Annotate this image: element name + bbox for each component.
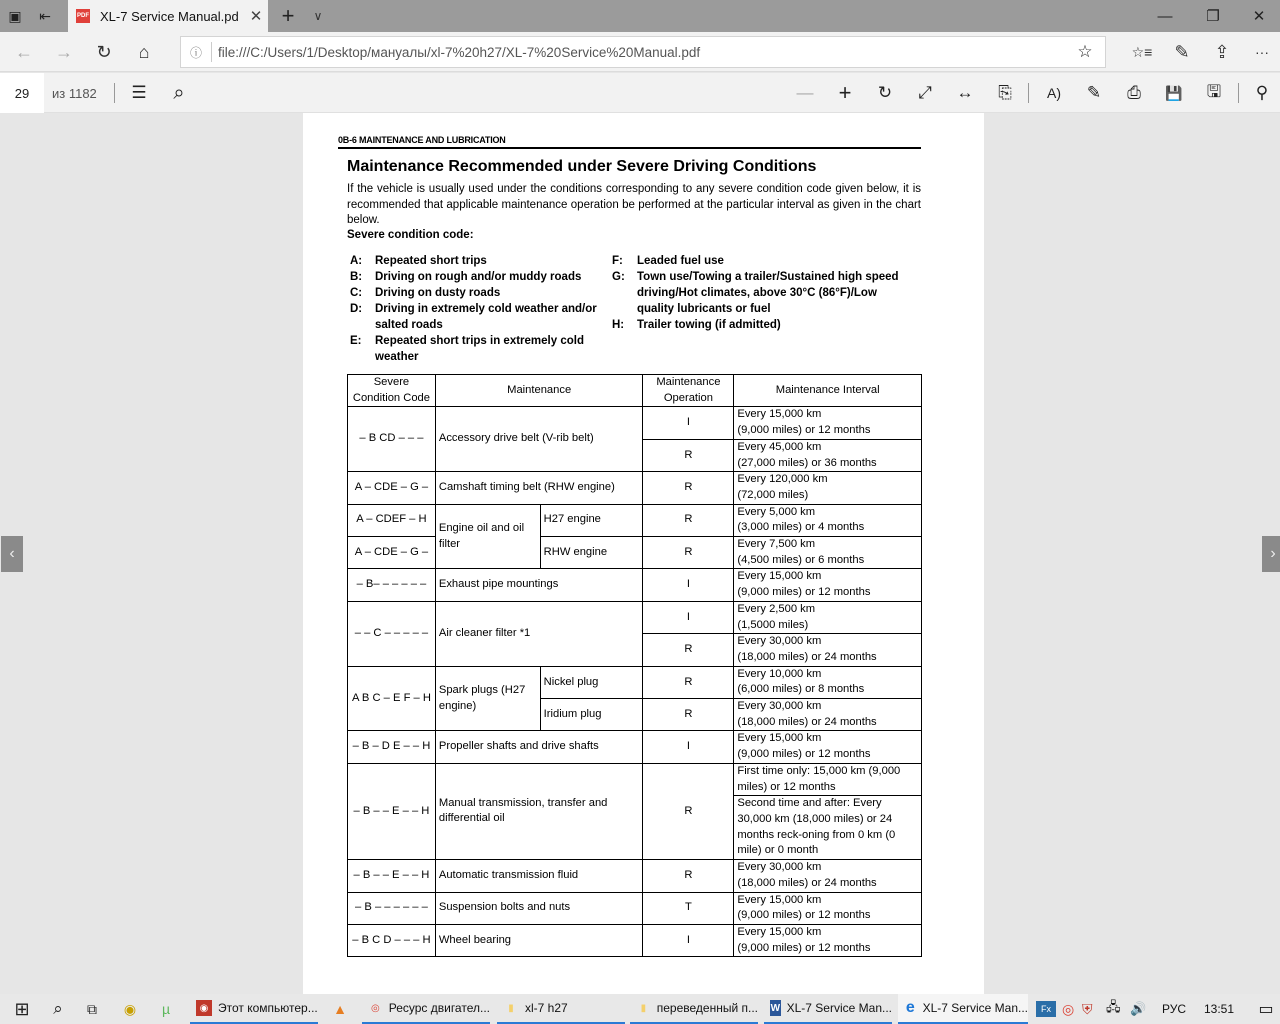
text: Repeated short trips in extremely cold w… — [375, 333, 600, 365]
taskbar-app[interactable]: ◉Этот компьютер... — [190, 994, 318, 1024]
taskbar-app[interactable]: ◎Ресурс двигател... — [362, 994, 490, 1024]
table-cell: Every 15,000 km(9,000 miles) or 12 month… — [734, 892, 922, 924]
navigation-bar: ← → ↻ ⌂ ⓘ file:///C:/Users/1/Desktop/ман… — [0, 32, 1280, 72]
favorites-hub-icon[interactable]: ☆≡ — [1122, 32, 1162, 72]
text: (9,000 miles) or 12 months — [737, 423, 918, 439]
divider — [1238, 83, 1239, 103]
table-cell: Engine oil and oil filter — [435, 504, 540, 569]
table-cell: T — [643, 892, 734, 924]
pdf-page: 0B-6 MAINTENANCE AND LUBRICATION Mainten… — [303, 113, 984, 994]
table-row: – B CD – – – Accessory drive belt (V-rib… — [348, 407, 922, 439]
table-cell: A – CDEF – H — [348, 504, 436, 536]
page-layout-icon[interactable]: ⎘ — [985, 73, 1025, 113]
page-title: Maintenance Recommended under Severe Dri… — [347, 158, 816, 176]
condition-code: B:Driving on rough and/or muddy roads — [350, 269, 600, 285]
text: Driving on dusty roads — [375, 285, 600, 301]
taskbar: ⊞ ⌕ ⧉ ◉ µ ◉Этот компьютер... ▲ ◎Ресурс д… — [0, 994, 1280, 1024]
back-icon[interactable]: ← — [4, 32, 44, 72]
text: Every 2,500 km — [737, 602, 918, 618]
zoom-in-icon[interactable]: + — [825, 73, 865, 113]
home-icon[interactable]: ⌂ — [124, 32, 164, 72]
table-cell: Every 30,000 km(18,000 miles) or 24 mont… — [734, 860, 922, 892]
divider — [114, 83, 115, 103]
table-cell: R — [643, 860, 734, 892]
edge-icon: e — [904, 1000, 917, 1016]
table-cell: Every 30,000 km(18,000 miles) or 24 mont… — [734, 699, 922, 731]
volume-icon[interactable]: 🔊 — [1130, 1001, 1154, 1017]
text: D: — [350, 301, 375, 333]
draw-icon[interactable]: ✎ — [1074, 73, 1114, 113]
condition-code: C:Driving on dusty roads — [350, 285, 600, 301]
set-aside-tabs-icon[interactable]: ⇤ — [30, 0, 60, 32]
text: (18,000 miles) or 24 months — [737, 715, 918, 731]
text: Every 15,000 km — [737, 407, 918, 423]
intro-paragraph: If the vehicle is usually used under the… — [347, 182, 921, 229]
vlc-icon[interactable]: ▲ — [326, 994, 354, 1024]
text: Every 15,000 km — [737, 893, 918, 909]
text: (1,5000 miles) — [737, 618, 918, 634]
text: E: — [350, 333, 375, 365]
text: (9,000 miles) or 12 months — [737, 585, 918, 601]
table-cell: Every 120,000 km(72,000 miles) — [734, 472, 922, 504]
taskbar-app[interactable]: WXL-7 Service Man... — [764, 994, 892, 1024]
divider — [1028, 83, 1029, 103]
table-row: A B C – E F – H Spark plugs (H27 engine)… — [348, 666, 922, 698]
text: (27,000 miles) or 36 months — [737, 456, 918, 472]
maintenance-table: Severe Condition Code Maintenance Mainte… — [347, 374, 922, 957]
fit-width-icon[interactable]: ↔ — [945, 73, 985, 113]
save-icon[interactable]: 💾 — [1154, 73, 1194, 113]
tab-preview-icon[interactable]: ▣ — [0, 0, 30, 32]
taskbar-app[interactable]: ▮переведенный п... — [630, 994, 758, 1024]
text: Every 45,000 km — [737, 440, 918, 456]
search-icon[interactable]: ⌕ — [159, 73, 199, 113]
table-cell: – B – – E – – H — [348, 763, 436, 859]
text: (3,000 miles) or 4 months — [737, 520, 918, 536]
table-row: – B – – E – – H Manual transmission, tra… — [348, 763, 922, 795]
table-cell: Every 5,000 km(3,000 miles) or 4 months — [734, 504, 922, 536]
text: (72,000 miles) — [737, 488, 918, 504]
text: (9,000 miles) or 12 months — [737, 941, 918, 957]
fullscreen-icon[interactable]: ⤢ — [905, 73, 945, 113]
table-cell: I — [643, 601, 734, 633]
table-cell: I — [643, 569, 734, 601]
table-cell: First time only: 15,000 km (9,000 miles)… — [734, 763, 922, 795]
text: Every 15,000 km — [737, 925, 918, 941]
folder-icon: ▮ — [636, 1000, 651, 1016]
notes-icon[interactable]: ✎ — [1162, 32, 1202, 72]
table-row: – – C – – – – – Air cleaner filter *1 I … — [348, 601, 922, 633]
text: (6,000 miles) or 8 months — [737, 682, 918, 698]
task-view-icon[interactable]: ⧉ — [78, 994, 106, 1024]
forward-icon[interactable]: → — [44, 32, 84, 72]
table-cell: – B C D – – – H — [348, 924, 436, 956]
text: A: — [350, 253, 375, 269]
text: XL-7 Service Man... — [923, 1001, 1028, 1015]
text: (9,000 miles) or 12 months — [737, 747, 918, 763]
more-icon[interactable]: ··· — [1242, 32, 1280, 72]
header-interval: Maintenance Interval — [734, 375, 922, 407]
text: Town use/Towing a trailer/Sustained high… — [637, 269, 907, 317]
close-window-button[interactable]: ✕ — [1236, 0, 1280, 32]
table-cell: Wheel bearing — [435, 924, 643, 956]
favorite-star-icon[interactable]: ☆ — [1065, 42, 1105, 62]
text: Every 7,500 km — [737, 537, 918, 553]
header-code: Severe Condition Code — [348, 375, 436, 407]
table-row: – B– – – – – – Exhaust pipe mountings I … — [348, 569, 922, 601]
table-cell: R — [643, 537, 734, 569]
table-cell: R — [643, 504, 734, 536]
text: Driving on rough and/or muddy roads — [375, 269, 600, 285]
tab-title: XL-7 Service Manual.pd — [100, 9, 244, 24]
text: (9,000 miles) or 12 months — [737, 908, 918, 924]
table-row: A – CDEF – H Engine oil and oil filter H… — [348, 504, 922, 536]
table-cell: I — [643, 924, 734, 956]
folder-icon: ▮ — [503, 1000, 519, 1016]
table-cell: Every 7,500 km(4,500 miles) or 6 months — [734, 537, 922, 569]
table-row: – B C D – – – H Wheel bearing I Every 15… — [348, 924, 922, 956]
zoom-out-icon[interactable]: — — [785, 73, 825, 113]
table-cell: – B – – – – – – — [348, 892, 436, 924]
page-number-input[interactable]: 29 — [0, 73, 44, 113]
text: C: — [350, 285, 375, 301]
condition-code: A:Repeated short trips — [350, 253, 600, 269]
running-head: 0B-6 MAINTENANCE AND LUBRICATION — [338, 135, 921, 149]
text: Every 15,000 km — [737, 731, 918, 747]
table-cell: Iridium plug — [540, 699, 643, 731]
utorrent-icon[interactable]: µ — [152, 994, 180, 1024]
chrome-icon: ◎ — [368, 1000, 383, 1016]
text: Every 120,000 km — [737, 472, 918, 488]
text: G: — [612, 269, 637, 317]
divider — [211, 42, 212, 62]
condition-codes-left: A:Repeated short trips B:Driving on roug… — [350, 253, 600, 365]
table-cell: Every 45,000 km(27,000 miles) or 36 mont… — [734, 439, 922, 471]
table-row: A – CDE – G – Camshaft timing belt (RHW … — [348, 472, 922, 504]
save-as-icon[interactable]: 🖫 — [1194, 73, 1234, 113]
text: B: — [350, 269, 375, 285]
rotate-icon[interactable]: ↻ — [865, 73, 905, 113]
read-aloud-icon[interactable]: A) — [1034, 73, 1074, 113]
text: Этот компьютер... — [218, 1001, 318, 1015]
condition-code: H:Trailer towing (if admitted) — [612, 317, 907, 333]
pin-toolbar-icon[interactable]: ⚲ — [1242, 73, 1280, 113]
table-cell: Every 10,000 km(6,000 miles) or 8 months — [734, 666, 922, 698]
page-count: из 1182 — [52, 73, 97, 113]
table-cell: Every 15,000 km(9,000 miles) or 12 month… — [734, 924, 922, 956]
browser-tab[interactable]: PDF XL-7 Service Manual.pd ✕ — [68, 0, 268, 32]
next-page-button[interactable]: › — [1262, 536, 1280, 572]
table-cell: – – C – – – – – — [348, 601, 436, 666]
table-cell: A – CDE – G – — [348, 472, 436, 504]
table-cell: R — [643, 439, 734, 471]
text: Every 10,000 km — [737, 667, 918, 683]
table-row: A – CDE – G – RHW engine R Every 7,500 k… — [348, 537, 922, 569]
system-tray: Fx ◎ ⛨ 🖧 🔊 РУС 13:51 ▭ — [1036, 994, 1280, 1024]
previous-page-button[interactable]: ‹ — [1, 536, 23, 572]
new-tab-button[interactable]: + — [276, 0, 300, 32]
word-icon: W — [770, 1000, 781, 1016]
text: Every 30,000 km — [737, 699, 918, 715]
text: переведенный п... — [657, 1001, 758, 1015]
text: Leaded fuel use — [637, 253, 907, 269]
table-cell: R — [643, 666, 734, 698]
clock[interactable]: 13:51 — [1194, 1002, 1244, 1016]
table-row: – B – – E – – H Automatic transmission f… — [348, 860, 922, 892]
condition-code: F:Leaded fuel use — [612, 253, 907, 269]
chrome-tray-icon[interactable]: ◎ — [1062, 1001, 1082, 1018]
table-cell: H27 engine — [540, 504, 643, 536]
table-cell: Camshaft timing belt (RHW engine) — [435, 472, 643, 504]
text: F: — [612, 253, 637, 269]
table-cell: Suspension bolts and nuts — [435, 892, 643, 924]
text: XL-7 Service Man... — [787, 1001, 892, 1015]
table-cell: – B – – E – – H — [348, 860, 436, 892]
pdf-icon: PDF — [76, 9, 90, 23]
table-cell: Second time and after: Every 30,000 km (… — [734, 796, 922, 860]
condition-code: E:Repeated short trips in extremely cold… — [350, 333, 600, 365]
table-cell: Exhaust pipe mountings — [435, 569, 643, 601]
text: (18,000 miles) or 24 months — [737, 876, 918, 892]
severe-condition-label: Severe condition code: — [347, 229, 474, 241]
table-row: – B – D E – – H Propeller shafts and dri… — [348, 731, 922, 763]
taskbar-app-active[interactable]: eXL-7 Service Man... — [898, 994, 1028, 1024]
close-tab-icon[interactable]: ✕ — [244, 7, 268, 25]
table-cell: R — [643, 472, 734, 504]
table-row: – B – – – – – – Suspension bolts and nut… — [348, 892, 922, 924]
table-cell: Spark plugs (H27 engine) — [435, 666, 540, 731]
table-cell: Automatic transmission fluid — [435, 860, 643, 892]
restore-button[interactable]: ❐ — [1190, 0, 1236, 32]
table-cell: Manual transmission, transfer and differ… — [435, 763, 643, 859]
url-text[interactable]: file:///C:/Users/1/Desktop/мануалы/xl-7%… — [218, 45, 1065, 60]
app-pinned-icon[interactable]: ◉ — [116, 994, 144, 1024]
header-maintenance: Maintenance — [435, 375, 643, 407]
text: Repeated short trips — [375, 253, 600, 269]
condition-code: G:Town use/Towing a trailer/Sustained hi… — [612, 269, 907, 317]
action-center-icon[interactable]: ▭ — [1244, 999, 1280, 1019]
address-bar[interactable]: ⓘ file:///C:/Users/1/Desktop/мануалы/xl-… — [180, 36, 1106, 68]
table-cell: A – CDE – G – — [348, 537, 436, 569]
table-cell: Every 15,000 km(9,000 miles) or 12 month… — [734, 731, 922, 763]
pdf-viewer[interactable]: ‹ › 0B-6 MAINTENANCE AND LUBRICATION Mai… — [0, 113, 1280, 994]
minimize-button[interactable]: — — [1142, 0, 1188, 32]
table-cell: R — [643, 634, 734, 666]
pdf-toolbar: 29 из 1182 ☰ ⌕ — + ↻ ⤢ ↔ ⎘ A) ✎ ⎙ 💾 🖫 ⚲ — [0, 73, 1280, 113]
text: Every 15,000 km — [737, 569, 918, 585]
table-cell: R — [643, 763, 734, 859]
camera-app-icon: ◉ — [196, 1000, 212, 1016]
table-cell: I — [643, 731, 734, 763]
table-cell: – B – D E – – H — [348, 731, 436, 763]
security-shield-icon[interactable]: ⛨ — [1082, 1001, 1106, 1018]
text: Every 30,000 km — [737, 860, 918, 876]
table-cell: Air cleaner filter *1 — [435, 601, 643, 666]
table-cell: Every 15,000 km(9,000 miles) or 12 month… — [734, 407, 922, 439]
info-icon[interactable]: ⓘ — [181, 44, 211, 61]
table-cell: – B– – – – – – — [348, 569, 436, 601]
taskbar-app[interactable]: ▮xl-7 h27 — [497, 994, 625, 1024]
language-indicator[interactable]: РУС — [1154, 1002, 1194, 1016]
table-cell: Accessory drive belt (V-rib belt) — [435, 407, 643, 472]
text: Every 5,000 km — [737, 505, 918, 521]
table-cell: Every 2,500 km(1,5000 miles) — [734, 601, 922, 633]
condition-code: D:Driving in extremely cold weather and/… — [350, 301, 600, 333]
text: Trailer towing (if admitted) — [637, 317, 907, 333]
text: H: — [612, 317, 637, 333]
refresh-icon[interactable]: ↻ — [84, 32, 124, 72]
network-icon[interactable]: 🖧 — [1106, 998, 1130, 1020]
table-cell: – B CD – – – — [348, 407, 436, 472]
text: xl-7 h27 — [525, 1001, 568, 1015]
share-icon[interactable]: ⇪ — [1202, 32, 1242, 72]
text: (4,500 miles) or 6 months — [737, 553, 918, 569]
table-header: Severe Condition Code Maintenance Mainte… — [348, 375, 922, 407]
text: (18,000 miles) or 24 months — [737, 650, 918, 666]
text: Driving in extremely cold weather and/or… — [375, 301, 600, 333]
table-cell: Nickel plug — [540, 666, 643, 698]
tab-dropdown-icon[interactable]: ∨ — [306, 0, 330, 32]
contents-icon[interactable]: ☰ — [119, 73, 159, 113]
table-cell: A B C – E F – H — [348, 666, 436, 731]
table-cell: Every 30,000 km(18,000 miles) or 24 mont… — [734, 634, 922, 666]
condition-codes-right: F:Leaded fuel use G:Town use/Towing a tr… — [612, 253, 907, 333]
table-cell: R — [643, 699, 734, 731]
header-operation: Maintenance Operation — [643, 375, 734, 407]
text: Every 30,000 km — [737, 634, 918, 650]
table-cell: Every 15,000 km(9,000 miles) or 12 month… — [734, 569, 922, 601]
windows-start-icon[interactable]: ⊞ — [0, 994, 44, 1024]
print-icon[interactable]: ⎙ — [1114, 73, 1154, 113]
fx-app-icon[interactable]: Fx — [1036, 1001, 1056, 1017]
table-cell: Propeller shafts and drive shafts — [435, 731, 643, 763]
table-cell: RHW engine — [540, 537, 643, 569]
search-icon[interactable]: ⌕ — [44, 994, 72, 1024]
table-cell: I — [643, 407, 734, 439]
text: Ресурс двигател... — [389, 1001, 490, 1015]
